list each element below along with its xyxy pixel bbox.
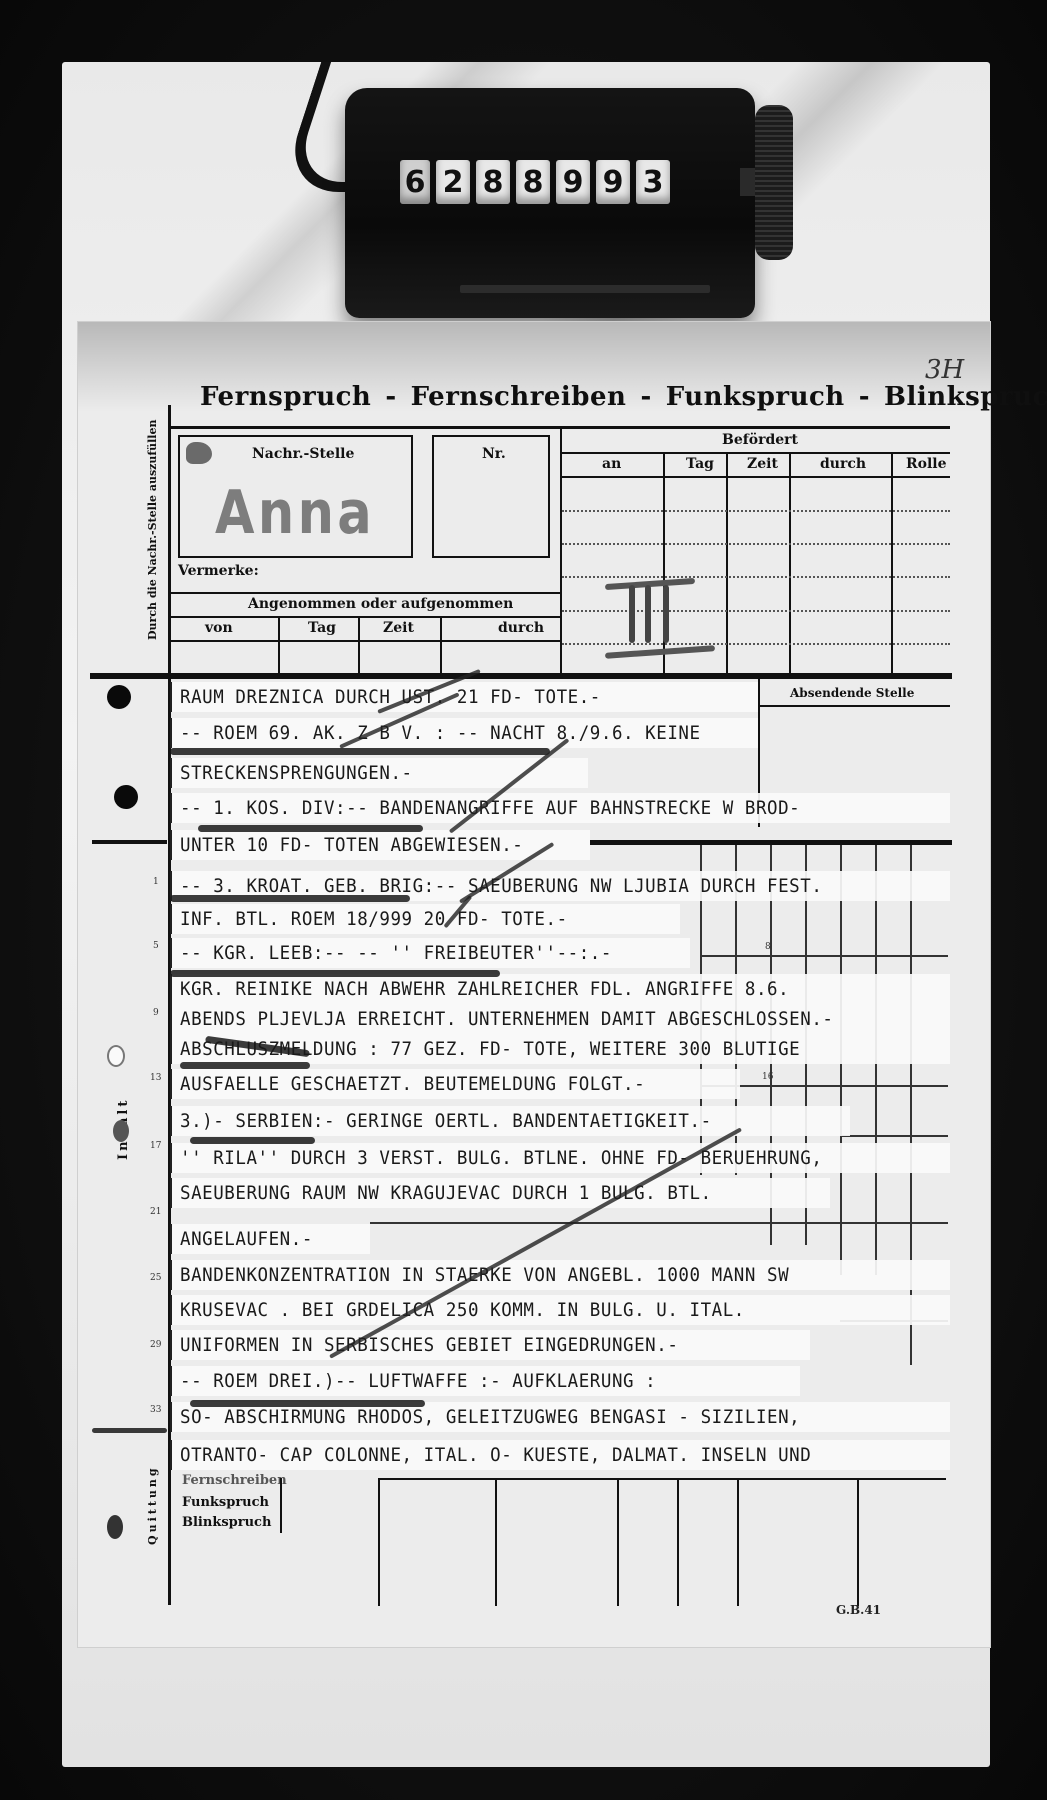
header-divider [90, 673, 952, 679]
line-number: 13 [150, 1073, 161, 1083]
quittung-label: Quittung [146, 1465, 159, 1545]
quittung-col-rule [677, 1478, 679, 1606]
message-line: ANGELAUFEN.- [180, 1228, 313, 1250]
befoerdert-heading: Befördert [722, 432, 798, 448]
grid-row [370, 1222, 948, 1224]
nr-label: Nr. [482, 446, 506, 462]
befoerdert-col-an: an [602, 456, 621, 472]
counter-slot [460, 285, 710, 293]
message-line: SO- ABSCHIRMUNG RHODOS, GELEITZUGWEG BEN… [180, 1406, 800, 1428]
befoerdert-col-durch: durch [820, 456, 866, 472]
angenommen-rule [170, 616, 560, 618]
line-number: 33 [150, 1405, 161, 1415]
title-fernschreiben: Fernschreiben [411, 382, 627, 412]
line-number: 17 [150, 1141, 161, 1151]
line-number: 25 [150, 1273, 161, 1283]
quittung-top-rule [378, 1478, 946, 1480]
counter-digits: 6 2 8 8 9 9 3 [400, 160, 670, 204]
message-line: BANDENKONZENTRATION IN STAERKE VON ANGEB… [180, 1264, 789, 1286]
befoerdert-col-tag: Tag [686, 456, 714, 472]
quittung-col-rule [378, 1478, 380, 1606]
befoerdert-col-rule [891, 453, 893, 673]
pencil-underline [170, 748, 550, 755]
angenommen-rule [170, 640, 560, 642]
angenommen-col-rule [278, 617, 280, 674]
quittung-col-rule [857, 1478, 859, 1606]
line-number: 5 [153, 941, 159, 951]
message-line: 3.)- SERBIEN:- GERINGE OERTL. BANDENTAET… [180, 1110, 712, 1132]
message-line: OTRANTO- CAP COLONNE, ITAL. O- KUESTE, D… [180, 1444, 811, 1466]
side-label: Durch die Nachr.-Stelle auszufüllen [146, 420, 159, 640]
message-line: KGR. REINIKE NACH ABWEHR ZAHLREICHER FDL… [180, 978, 789, 1000]
title-fernspruch: Fernspruch [200, 382, 371, 412]
line-number: 8 [765, 942, 771, 952]
line-number: 9 [153, 1008, 159, 1018]
quittung-brace [280, 1478, 282, 1533]
grid-row [700, 955, 948, 957]
quittung-col-rule [617, 1478, 619, 1606]
quittung-type-funkspruch: Funkspruch [182, 1495, 269, 1510]
message-line: -- ROEM DREI.)-- LUFTWAFFE :- AUFKLAERUN… [180, 1370, 656, 1392]
message-line: UNIFORMEN IN SERBISCHES GEBIET EINGEDRUN… [180, 1334, 678, 1356]
line-number: 21 [150, 1207, 161, 1217]
message-line: SAEUBERUNG RAUM NW KRAGUJEVAC DURCH 1 BU… [180, 1182, 712, 1204]
counter-digit: 3 [636, 160, 670, 204]
befoerdert-col-rule [789, 453, 791, 673]
inhalt-divider-left [92, 840, 167, 844]
message-line: -- ROEM 69. AK. Z B V. : -- NACHT 8./9.6… [180, 722, 701, 744]
punch-hole [107, 1045, 125, 1067]
message-line: ABENDS PLJEVLJA ERREICHT. UNTERNEHMEN DA… [180, 1008, 833, 1030]
nachr-stelle-label: Nachr.-Stelle [252, 446, 354, 462]
message-line: KRUSEVAC . BEI GRDELICA 250 KOMM. IN BUL… [180, 1299, 745, 1321]
angenommen-col-durch: durch [498, 620, 544, 636]
pencil-underline [170, 895, 410, 902]
counter-digit: 8 [516, 160, 550, 204]
counter-digit: 8 [476, 160, 510, 204]
handwritten-corner-mark: 3H [925, 355, 964, 385]
punch-hole [114, 785, 138, 809]
title-blinkspruch: Blinkspruch [884, 382, 1047, 412]
pencil-underline [190, 1137, 315, 1144]
handwritten-tally-mark [605, 575, 715, 655]
quittung-col-rule [737, 1478, 739, 1606]
absendende-stelle-label: Absendende Stelle [790, 686, 914, 700]
befoerdert-col-zeit: Zeit [747, 456, 778, 472]
message-line: UNTER 10 FD- TOTEN ABGEWIESEN.- [180, 834, 523, 856]
nachr-stelle-stamp: Anna [215, 478, 375, 548]
befoerdert-col-rule [726, 453, 728, 673]
pencil-underline [170, 970, 500, 977]
angenommen-heading: Angenommen oder aufgenommen [248, 596, 513, 612]
punch-hole [113, 1120, 129, 1142]
form-code: G.B.41 [836, 1603, 881, 1617]
pencil-underline [180, 1062, 310, 1069]
message-line: AUSFAELLE GESCHAETZT. BEUTEMELDUNG FOLGT… [180, 1073, 645, 1095]
vermerke-label: Vermerke: [178, 563, 259, 579]
punch-hole [107, 1515, 123, 1539]
angenommen-rule [170, 592, 560, 594]
header-top-rule [168, 426, 950, 429]
angenommen-col-rule [440, 617, 442, 674]
counter-knob [755, 105, 793, 260]
quittung-type-blinkspruch: Blinkspruch [182, 1515, 271, 1530]
absendende-rule [758, 705, 950, 707]
angenommen-col-tag: Tag [308, 620, 336, 636]
counter-digit: 9 [596, 160, 630, 204]
befoerdert-col-rolle: Rolle [906, 456, 947, 472]
befoerdert-left-rule [560, 426, 562, 674]
angenommen-col-rule [358, 617, 360, 674]
grid-row [840, 1135, 948, 1137]
counter-digit: 6 [400, 160, 430, 204]
pencil-underline [190, 1400, 425, 1407]
message-line: STRECKENSPRENGUNGEN.- [180, 762, 413, 784]
ink-smudge [186, 442, 212, 464]
befoerdert-dotted-row [562, 543, 950, 545]
counter-digit: 9 [556, 160, 590, 204]
pencil-underline [92, 1428, 167, 1433]
message-line: '' RILA'' DURCH 3 VERST. BULG. BTLNE. OH… [180, 1147, 822, 1169]
message-line: -- KGR. LEEB:-- -- '' FREIBEUTER''--:.- [180, 942, 612, 964]
line-number: 29 [150, 1340, 161, 1350]
befoerdert-dotted-row [562, 510, 950, 512]
punch-hole [107, 685, 131, 709]
quittung-type-fernschreiben: Fernschreiben [182, 1473, 287, 1488]
line-number: 1 [153, 877, 159, 887]
title-funkspruch: Funkspruch [666, 382, 845, 412]
angenommen-col-von: von [205, 620, 233, 636]
form-title: Fernspruch-Fernschreiben-Funkspruch-Blin… [200, 382, 960, 412]
angenommen-col-zeit: Zeit [383, 620, 414, 636]
line-number: 16 [762, 1072, 773, 1082]
message-line: INF. BTL. ROEM 18/999 20 FD- TOTE.- [180, 908, 568, 930]
quittung-col-rule [495, 1478, 497, 1606]
pencil-underline [198, 825, 423, 832]
counter-digit: 2 [436, 160, 470, 204]
